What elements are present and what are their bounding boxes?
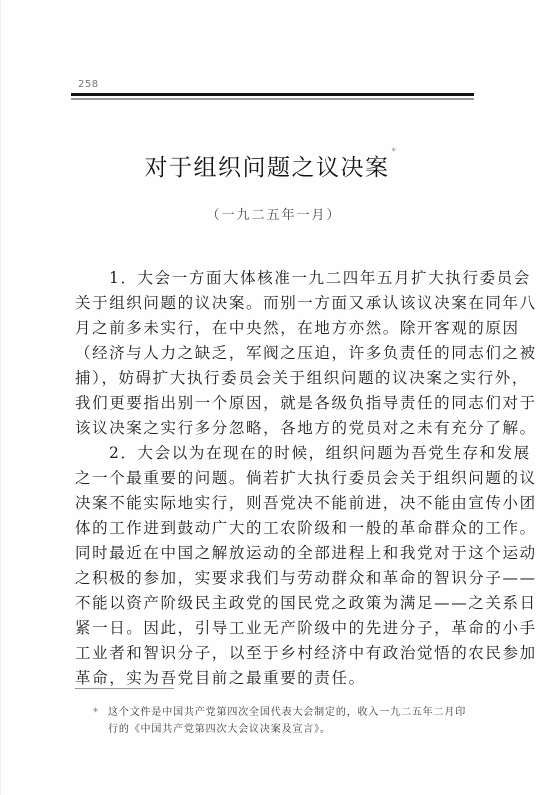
document-title: 对于组织问题之议决案* bbox=[1, 149, 541, 182]
footnote-text: 这个文件是中国共产党第四次全国代表大会制定的，收入一九二五年二月印 bbox=[108, 707, 466, 718]
paragraph-2-line: 同时最近在中国之解放运动的全部进程上和我党对于这个运动 bbox=[75, 541, 475, 566]
footnote-reference-marker: * bbox=[392, 147, 398, 157]
paragraph-1-line: 该议决案之实行多分忽略，各地方的党员对之未有充分了解。 bbox=[75, 416, 475, 441]
paragraph-2-line: 之一个最重要的问题。倘若扩大执行委员会关于组织问题的议 bbox=[75, 466, 475, 491]
paragraph-2-line: 工业者和智识分子，以至于乡村经济中有政治觉悟的农民参加 bbox=[75, 641, 475, 666]
document-page: 258 对于组织问题之议决案* （一九二五年一月） 1．大会一方面大体核准一九二… bbox=[0, 0, 551, 795]
title-text: 对于组织问题之议决案 bbox=[145, 155, 390, 181]
footnote-line: *这个文件是中国共产党第四次全国代表大会制定的，收入一九二五年二月印 bbox=[93, 704, 473, 721]
paragraph-2-line: 2．大会以为在现在的时候，组织问题为吾党生存和发展 bbox=[75, 441, 475, 466]
footnote: *这个文件是中国共产党第四次全国代表大会制定的，收入一九二五年二月印 行的《中国… bbox=[93, 704, 473, 738]
paragraph-1-line: 我们更要指出别一个原因，就是各级负指导责任的同志们对于 bbox=[75, 391, 475, 416]
header-rule-thick bbox=[71, 93, 474, 96]
paragraph-1-line: （经济与人力之缺乏，军阀之压迫，许多负责任的同志们之被 bbox=[75, 341, 475, 366]
paragraph-2-line: 紧一日。因此，引导工业无产阶级中的先进分子，革命的小手 bbox=[75, 616, 475, 641]
document-date: （一九二五年一月） bbox=[1, 204, 547, 223]
paragraph-1-line: 捕），妨碍扩大执行委员会关于组织问题的议决案之实行外， bbox=[75, 366, 475, 391]
paragraph-1-line: 关于组织问题的议决案。而别一方面又承认该议决案在同年八 bbox=[75, 291, 475, 316]
paragraph-1-line: 1．大会一方面大体核准一九二四年五月扩大执行委员会 bbox=[75, 266, 475, 291]
paragraph-2-line: 之积极的参加，实要求我们与劳动群众和革命的智识分子—— bbox=[75, 566, 475, 591]
paragraph-2-line: 决案不能实际地实行，则吾党决不能前进，决不能由宣传小团 bbox=[75, 491, 475, 516]
footnote-marker: * bbox=[93, 704, 108, 721]
footnote-line: 行的《中国共产党第四次大会议决案及宣言》。 bbox=[93, 721, 473, 738]
page-number: 258 bbox=[78, 79, 99, 90]
body-text: 1．大会一方面大体核准一九二四年五月扩大执行委员会 关于组织问题的议决案。而别一… bbox=[75, 266, 475, 691]
paragraph-2-line: 不能以资产阶级民主政党的国民党之政策为满足——之关系日 bbox=[75, 591, 475, 616]
paragraph-1-line: 月之前多未实行，在中央然，在地方亦然。除开客观的原因 bbox=[75, 316, 475, 341]
paragraph-2-line: 体的工作进到鼓动广大的工农阶级和一般的革命群众的工作。 bbox=[75, 516, 475, 541]
footnote-separator bbox=[75, 688, 174, 689]
header-rule-thin bbox=[71, 98, 474, 100]
